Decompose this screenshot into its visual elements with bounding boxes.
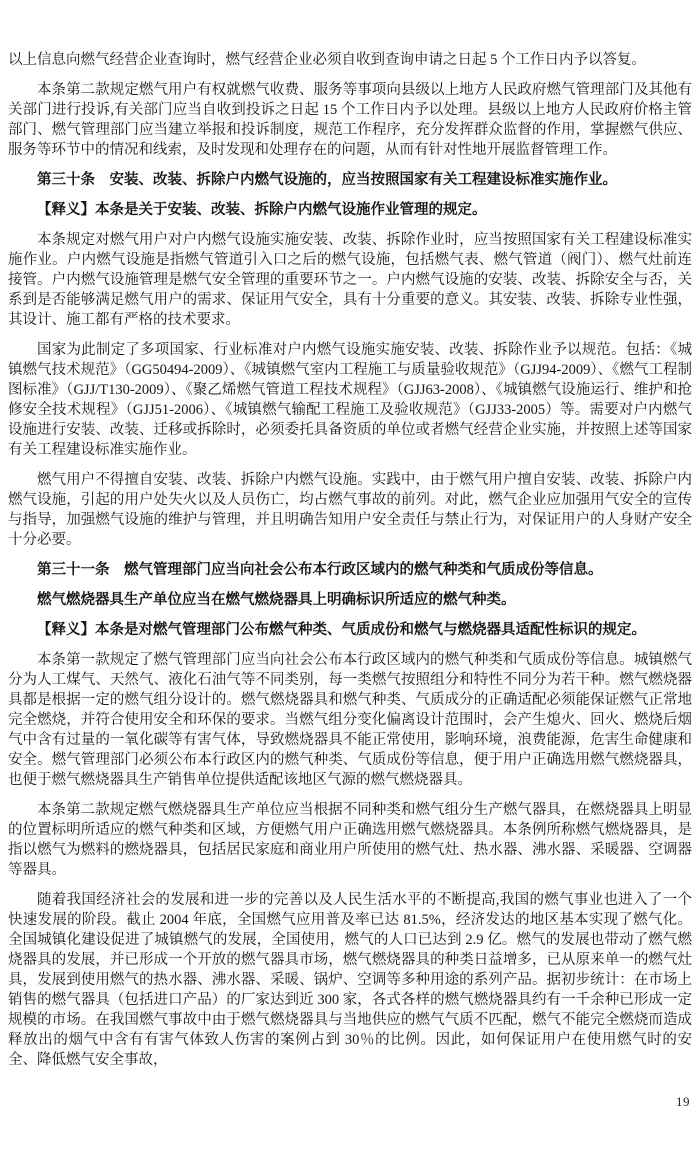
article-30-heading: 第三十条 安装、改装、拆除户内燃气设施的，应当按照国家有关工程建设标准实施作业。 — [8, 170, 692, 190]
document-page: 以上信息向燃气经营企业查询时，燃气经营企业必须自收到查询申请之日起 5 个工作日… — [0, 0, 700, 1160]
paragraph-complaint-rules: 本条第二款规定燃气用户有权就燃气收费、服务等事项向县级以上地方人民政府燃气管理部… — [8, 80, 692, 160]
article-31-interpretation-heading: 【释义】本条是对燃气管理部门公布燃气种类、气质成份和燃气与燃烧器具适配性标识的规… — [8, 620, 692, 640]
page-number: 19 — [676, 1094, 690, 1110]
paragraph-national-standards: 国家为此制定了多项国家、行业标准对户内燃气设施实施安装、改装、拆除作业予以规范。… — [8, 340, 692, 460]
paragraph-continuation: 以上信息向燃气经营企业查询时，燃气经营企业必须自收到查询申请之日起 5 个工作日… — [8, 50, 692, 70]
article-31-heading: 第三十一条 燃气管理部门应当向社会公布本行政区域内的燃气种类和气质成份等信息。 — [8, 560, 692, 580]
paragraph-indoor-facilities: 本条规定对燃气用户对户内燃气设施实施安装、改装、拆除作业时，应当按照国家有关工程… — [8, 230, 692, 330]
paragraph-appliance-labeling: 本条第二款规定燃气燃烧器具生产单位应当根据不同种类和燃气组分生产燃气器具，在燃烧… — [8, 800, 692, 880]
paragraph-gas-industry-development: 随着我国经济社会的发展和进一步的完善以及人民生活水平的不断提高,我国的燃气事业也… — [8, 890, 692, 1070]
paragraph-unauthorized-installation: 燃气用户不得擅自安装、改装、拆除户内燃气设施。实践中，由于燃气用户擅自安装、改装… — [8, 470, 692, 550]
paragraph-gas-types-publication: 本条第一款规定了燃气管理部门应当向社会公布本行政区域内的燃气种类和气质成份等信息… — [8, 650, 692, 790]
article-31-clause-2: 燃气燃烧器具生产单位应当在燃气燃烧器具上明确标识所适应的燃气种类。 — [8, 590, 692, 610]
article-30-interpretation-heading: 【释义】本条是关于安装、改装、拆除户内燃气设施作业管理的规定。 — [8, 200, 692, 220]
